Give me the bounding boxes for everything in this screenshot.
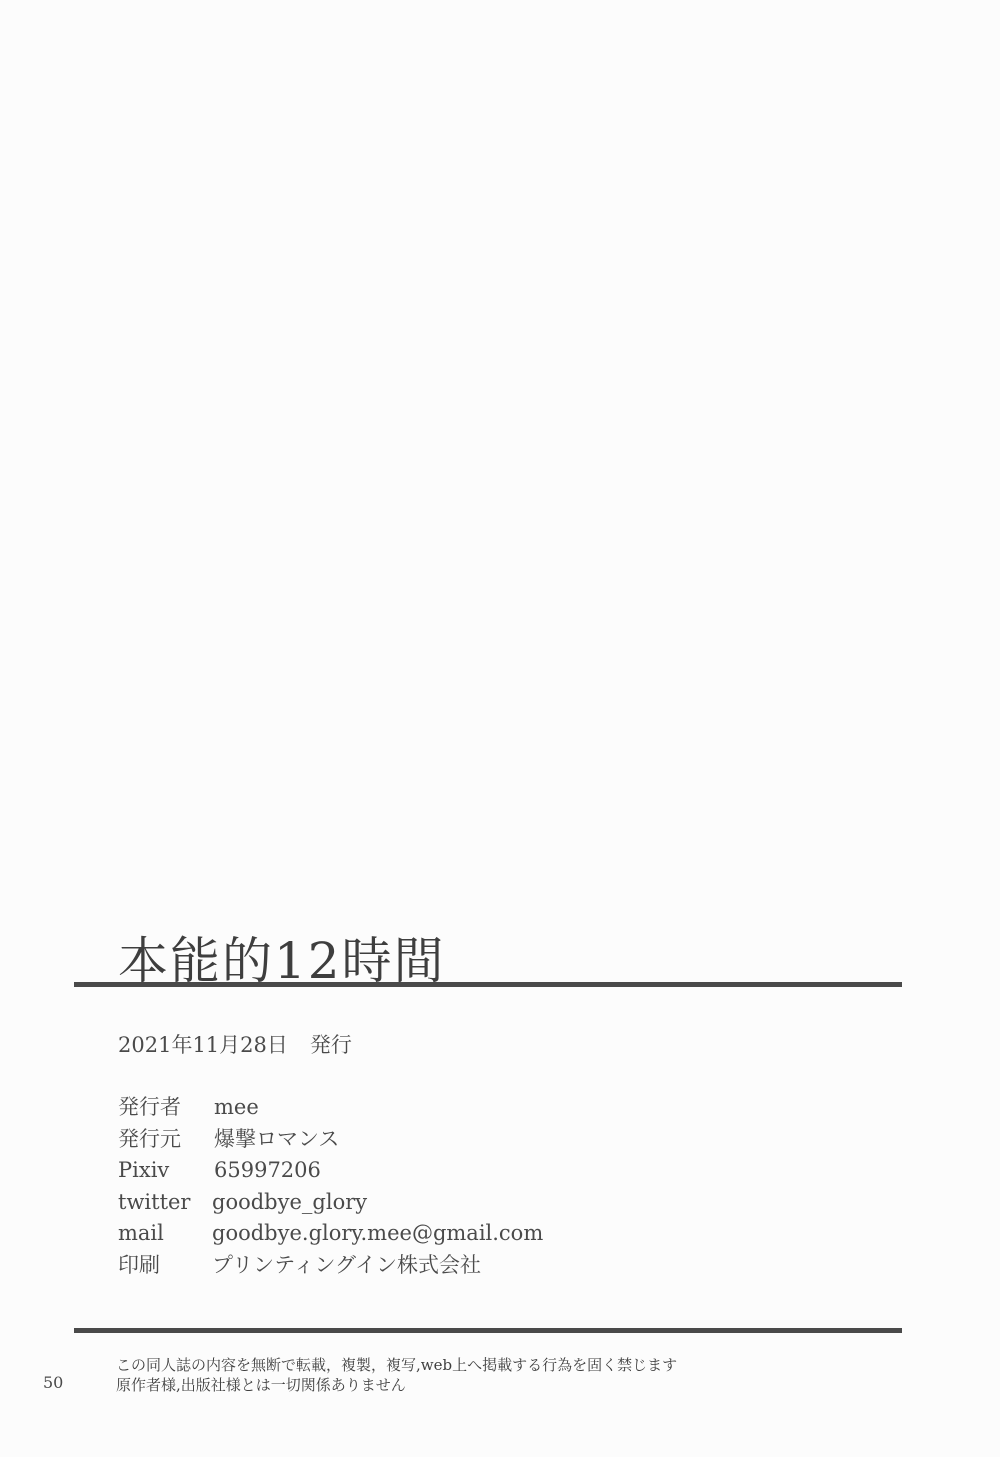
title-divider <box>74 982 902 987</box>
colophon-row-publisher: 発行者 mee <box>118 1092 543 1124</box>
copyright-notice: この同人誌の内容を無断で転載，複製，複写,web上へ掲載する行為を固く禁じます … <box>116 1355 677 1395</box>
colophon-row-publishing-house: 発行元 爆撃ロマンス <box>118 1124 543 1156</box>
footer-divider <box>74 1328 902 1333</box>
colophon-label: twitter <box>118 1187 214 1219</box>
colophon-value: 爆撃ロマンス <box>214 1124 339 1156</box>
publication-date-line: 2021年11月28日発行 <box>118 1030 352 1060</box>
colophon-list: 発行者 mee 発行元 爆撃ロマンス Pixiv 65997206 twitte… <box>118 1092 543 1281</box>
colophon-row-mail: mail goodbye.glory.mee@gmail.com <box>118 1218 543 1250</box>
colophon-label: 印刷 <box>118 1250 214 1282</box>
colophon-value: mee <box>214 1092 259 1124</box>
colophon-row-pixiv: Pixiv 65997206 <box>118 1155 543 1187</box>
notice-line-reproduction: この同人誌の内容を無断で転載，複製，複写,web上へ掲載する行為を固く禁じます <box>116 1355 677 1375</box>
colophon-value: goodbye.glory.mee@gmail.com <box>212 1218 543 1250</box>
colophon-value: 65997206 <box>214 1155 321 1187</box>
colophon-value: プリンティングイン株式会社 <box>212 1250 481 1282</box>
colophon-label: mail <box>118 1218 214 1250</box>
colophon-row-printer: 印刷 プリンティングイン株式会社 <box>118 1250 543 1282</box>
issue-label: 発行 <box>310 1033 352 1057</box>
colophon-row-twitter: twitter goodbye_glory <box>118 1187 543 1219</box>
colophon-value: goodbye_glory <box>212 1187 367 1219</box>
colophon-label: 発行元 <box>118 1124 214 1156</box>
notice-line-disclaimer: 原作者様,出版社様とは一切関係ありません <box>116 1375 677 1395</box>
colophon-label: Pixiv <box>118 1155 214 1187</box>
page-number: 50 <box>43 1373 63 1392</box>
colophon-label: 発行者 <box>118 1092 214 1124</box>
publication-date: 2021年11月28日 <box>118 1033 288 1057</box>
